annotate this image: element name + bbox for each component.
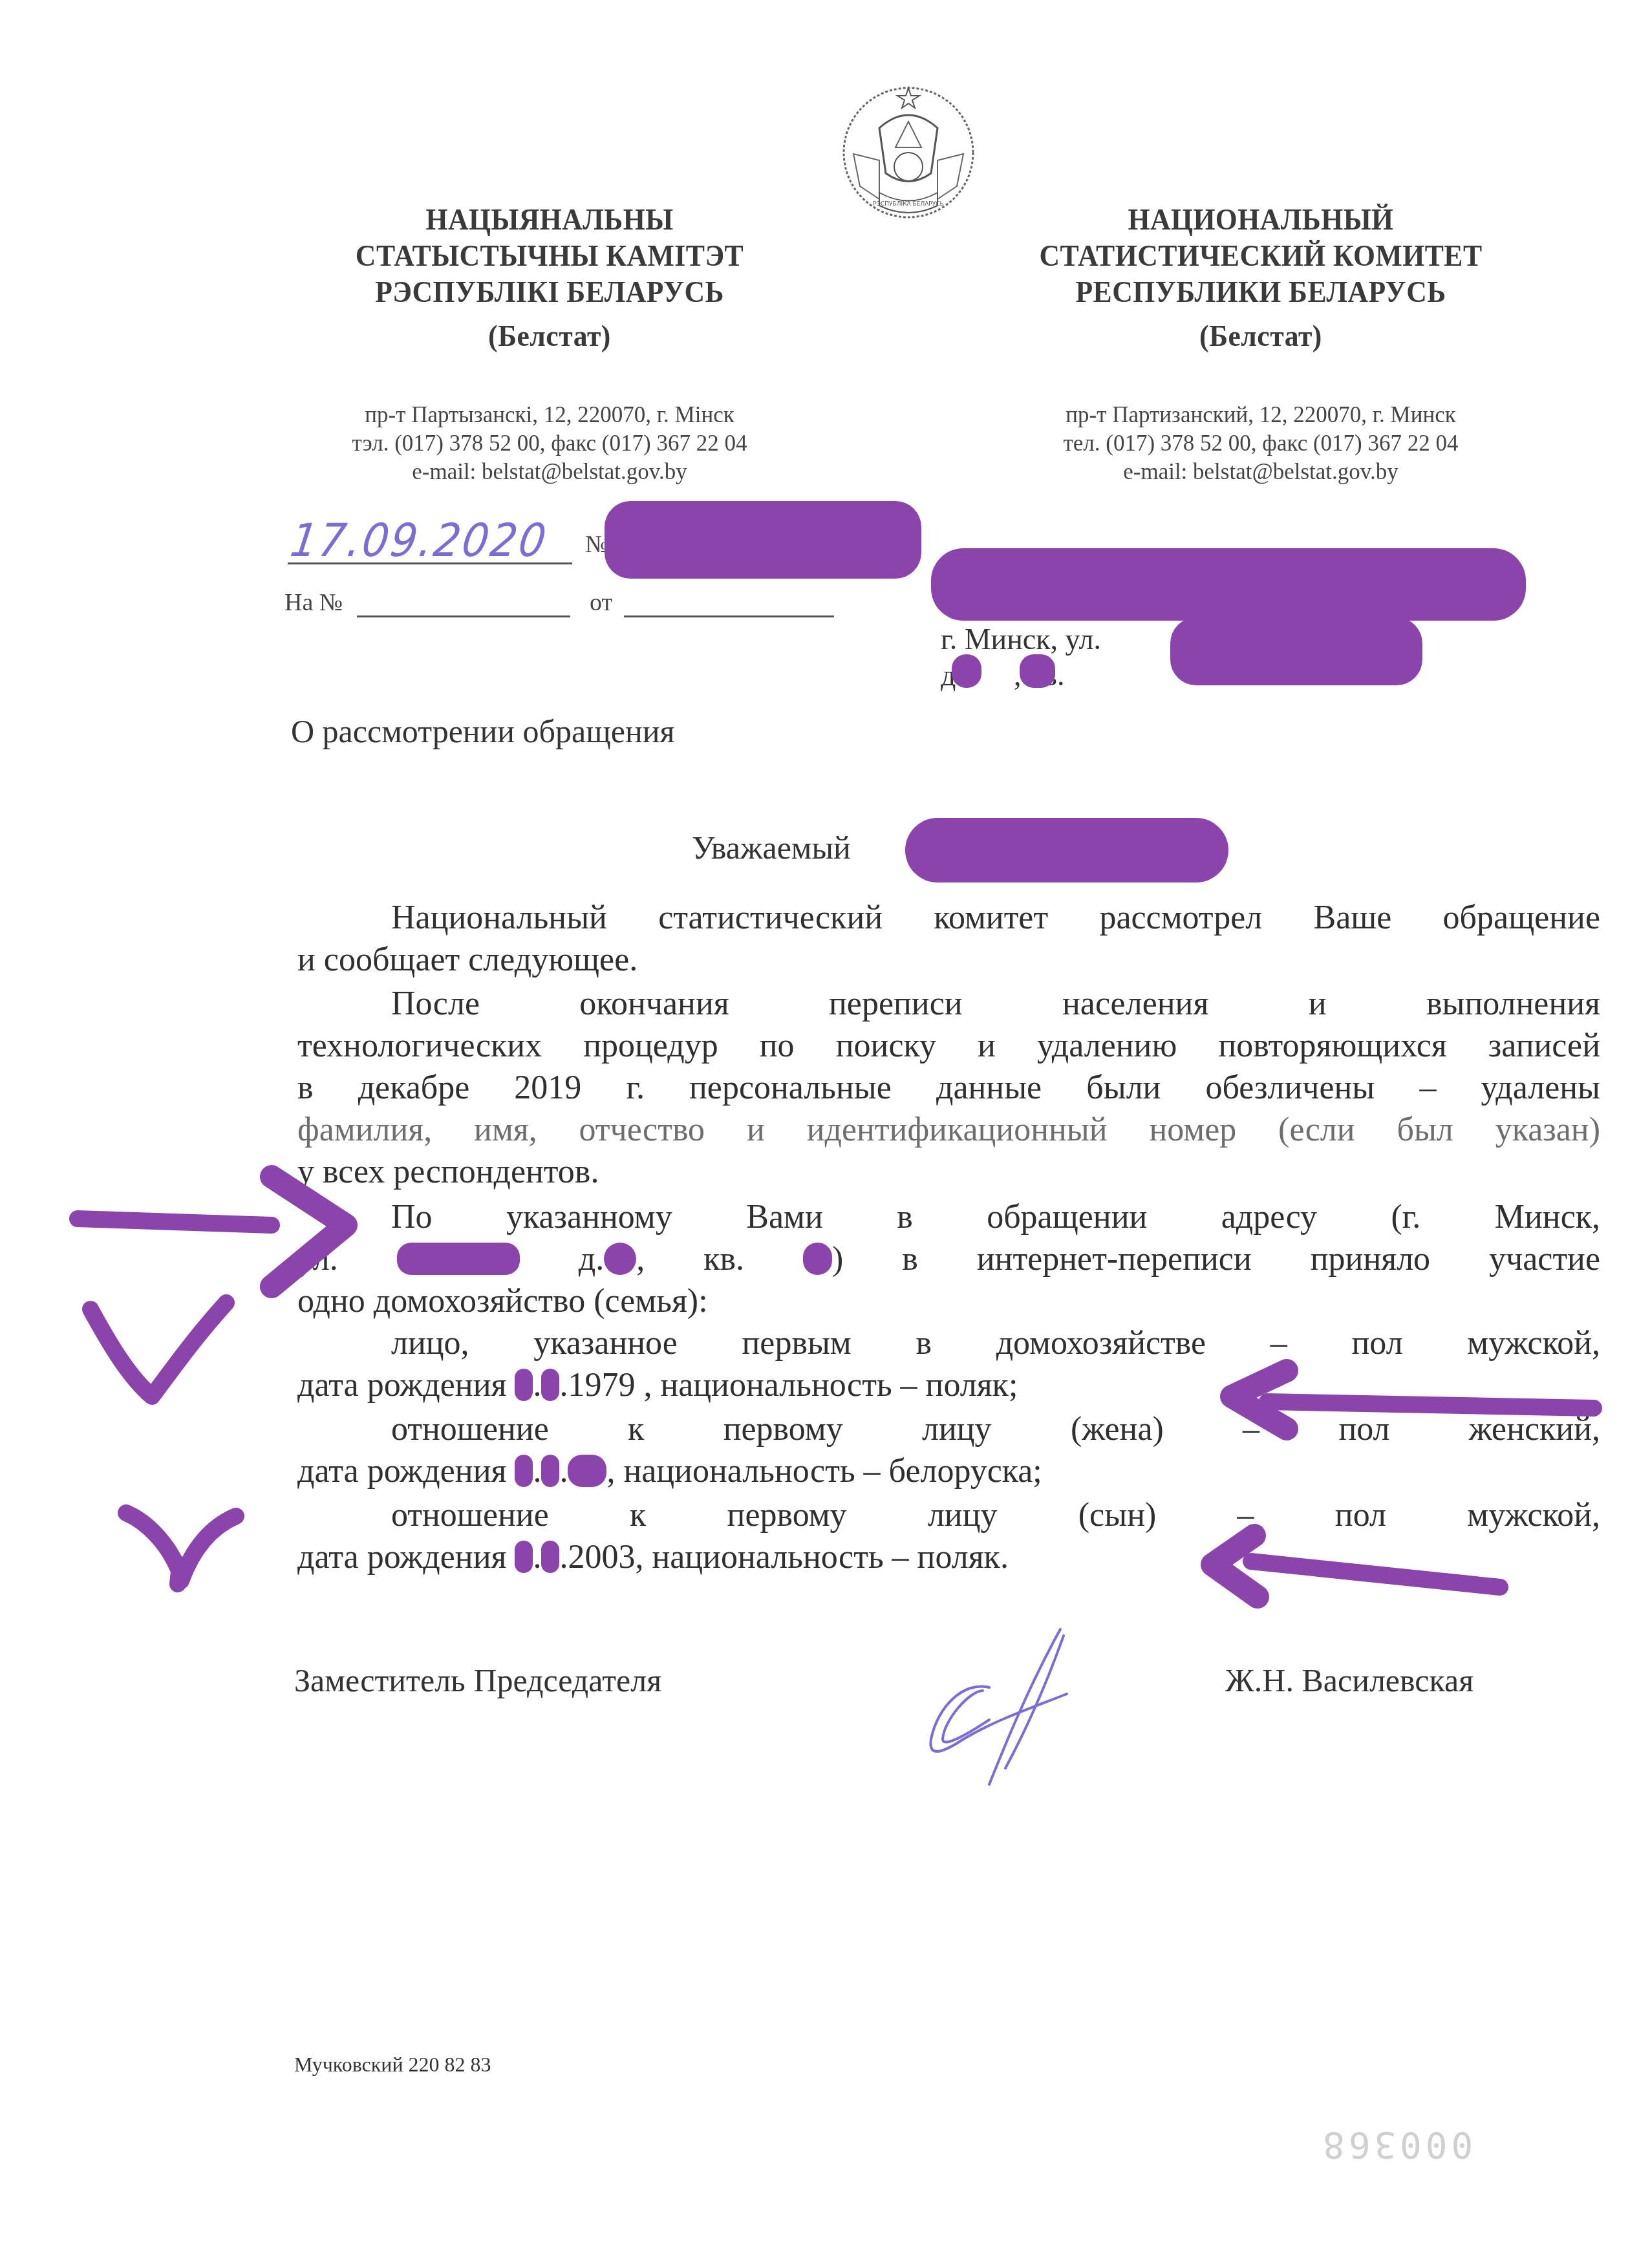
arrow-right-icon xyxy=(78,1219,272,1225)
text-line: фамилия, имя, отчество и идентификационн… xyxy=(297,1109,1600,1151)
paragraph-anonymization: После окончания переписи населения и вып… xyxy=(297,983,1600,1193)
apt-label: , кв. xyxy=(636,1241,744,1278)
dob-year: .2003 xyxy=(559,1539,635,1576)
date-underline xyxy=(288,562,572,564)
org-name-line: НАЦЫЯНАЛЬНЫ xyxy=(298,202,802,238)
addressee-street: г. Минск, ул. xyxy=(941,622,1101,656)
from-date-label: от xyxy=(590,588,612,617)
dob-line: дата рождения .., национальность – белор… xyxy=(297,1450,1600,1492)
house-label: д. xyxy=(579,1241,604,1278)
redacted-outgoing-number xyxy=(605,501,921,579)
nationality: , национальность – поляк; xyxy=(635,1367,1018,1404)
org-email[interactable]: e-mail: belstat@belstat.gov.by xyxy=(957,458,1565,486)
text-line: лицо, указанное первым в домохозяйстве –… xyxy=(297,1322,1600,1364)
svg-text:РЭСПУБЛІКА БЕЛАРУСЬ: РЭСПУБЛІКА БЕЛАРУСЬ xyxy=(873,201,943,208)
org-address: пр-т Партизанский, 12, 220070, г. Минск xyxy=(957,401,1565,429)
text-line-address: ул. д., кв. ) в интернет-переписи принял… xyxy=(297,1238,1600,1280)
checkmark-icon xyxy=(91,1303,226,1396)
handwritten-signature xyxy=(866,1610,1138,1797)
redacted-house xyxy=(604,1243,636,1275)
text-line: Национальный статистический комитет расс… xyxy=(297,897,1600,939)
registration-stamp-number: 000368 xyxy=(1319,2124,1473,2166)
signature-icon xyxy=(866,1610,1138,1797)
redacted-day xyxy=(515,1369,533,1401)
person-3: отношение к первому лицу (сын) – пол муж… xyxy=(297,1494,1600,1578)
executor-contact: Мучковский 220 82 83 xyxy=(294,2053,491,2077)
org-address: пр-т Партызанскі, 12, 220070, г. Мінск xyxy=(284,401,815,429)
paragraph-address: По указанному Вами в обращении адресу (г… xyxy=(297,1196,1600,1322)
redacted-day xyxy=(515,1455,533,1487)
dob-line: дата рождения ..1979 , национальность – … xyxy=(297,1364,1600,1406)
redacted-month xyxy=(541,1541,559,1573)
handwritten-date: 17.09.2020 xyxy=(287,515,551,567)
redacted-recipient-name xyxy=(905,818,1228,883)
dob-line: дата рождения ..2003, национальность – п… xyxy=(297,1536,1600,1578)
org-name-line: СТАТИСТИЧЕСКИЙ КОМИТЕТ xyxy=(972,238,1550,274)
paragraph-intro: Национальный статистический комитет расс… xyxy=(297,897,1600,981)
org-header-belarusian: НАЦЫЯНАЛЬНЫ СТАТЫСТЫЧНЫ КАМІТЭТ РЭСПУБЛІ… xyxy=(284,202,815,354)
nationality: , национальность – белоруска; xyxy=(606,1453,1042,1490)
dob-label: дата рождения xyxy=(297,1367,506,1404)
dob-year: .1979 xyxy=(559,1367,635,1404)
org-name-line: РЕСПУБЛИКИ БЕЛАРУСЬ xyxy=(972,274,1550,310)
redacted-street xyxy=(397,1243,520,1275)
signatory-name: Ж.Н. Василевская xyxy=(1225,1662,1473,1699)
org-phone: тэл. (017) 378 52 00, факс (017) 367 22 … xyxy=(284,429,815,458)
text-line: отношение к первому лицу (жена) – пол же… xyxy=(297,1408,1600,1450)
redacted-addressee-house xyxy=(952,654,981,688)
redacted-addressee-street xyxy=(1170,617,1422,685)
text-line: технологических процедур по поиску и уда… xyxy=(297,1025,1600,1067)
from-date-underline xyxy=(624,615,834,617)
redacted-month xyxy=(541,1369,559,1401)
letter-subject: О рассмотрении обращения xyxy=(291,712,674,750)
redacted-apt xyxy=(803,1243,832,1275)
text-fragment: ) в интернет-переписи приняло участие xyxy=(832,1241,1600,1278)
nationality: , национальность – поляк. xyxy=(635,1539,1009,1576)
text-line: у всех респондентов. xyxy=(297,1151,1600,1193)
text-line: в декабре 2019 г. персональные данные бы… xyxy=(297,1067,1600,1109)
text-line: По указанному Вами в обращении адресу (г… xyxy=(297,1196,1600,1238)
contacts-russian: пр-т Партизанский, 12, 220070, г. Минск … xyxy=(957,401,1565,486)
org-abbreviation: (Белстат) xyxy=(972,318,1550,354)
org-name-line: НАЦИОНАЛЬНЫЙ xyxy=(972,202,1550,238)
contacts-belarusian: пр-т Партызанскі, 12, 220070, г. Мінск т… xyxy=(284,401,815,486)
org-name-line: РЭСПУБЛІКІ БЕЛАРУСЬ xyxy=(298,274,802,310)
text-line: одно домохозяйство (семья): xyxy=(297,1280,1600,1322)
text-line: После окончания переписи населения и вып… xyxy=(297,983,1600,1025)
signatory-title: Заместитель Председателя xyxy=(294,1662,661,1699)
dob-label: дата рождения xyxy=(297,1539,506,1576)
in-reply-underline xyxy=(357,615,570,617)
org-abbreviation: (Белстат) xyxy=(298,318,802,354)
org-phone: тел. (017) 378 52 00, факс (017) 367 22 … xyxy=(957,429,1565,458)
org-header-russian: НАЦИОНАЛЬНЫЙ СТАТИСТИЧЕСКИЙ КОМИТЕТ РЕСП… xyxy=(957,202,1565,354)
checkmark-icon xyxy=(126,1513,236,1584)
org-email[interactable]: e-mail: belstat@belstat.gov.by xyxy=(284,458,815,486)
in-reply-to-label: На № xyxy=(284,588,343,617)
person-2: отношение к первому лицу (жена) – пол же… xyxy=(297,1408,1600,1492)
text-line: отношение к первому лицу (сын) – пол муж… xyxy=(297,1494,1600,1536)
redacted-month xyxy=(541,1455,559,1487)
org-name-line: СТАТЫСТЫЧНЫ КАМІТЭТ xyxy=(298,238,802,274)
dob-label: дата рождения xyxy=(297,1453,506,1490)
redacted-addressee-name xyxy=(931,548,1526,621)
redacted-addressee-apt xyxy=(1020,654,1055,688)
street-label: ул. xyxy=(297,1241,338,1278)
salutation: Уважаемый xyxy=(692,829,851,866)
redacted-year xyxy=(568,1455,606,1487)
text-line: и сообщает следующее. xyxy=(297,939,1600,981)
redacted-day xyxy=(515,1541,533,1573)
person-1: лицо, указанное первым в домохозяйстве –… xyxy=(297,1322,1600,1406)
